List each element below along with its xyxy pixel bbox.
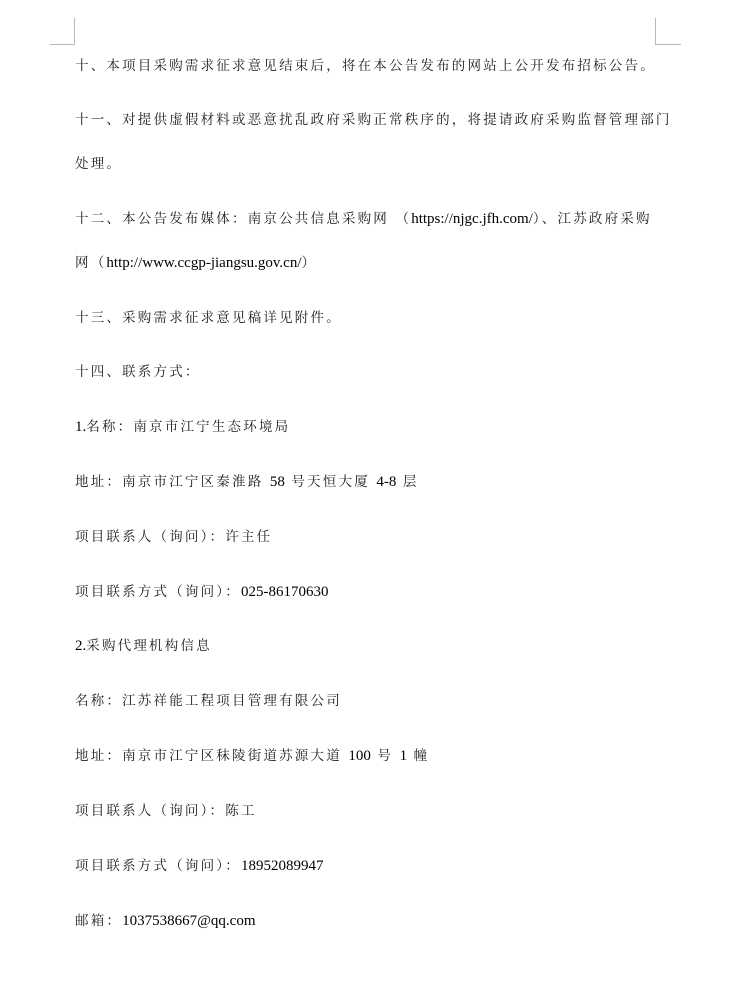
agency-heading-number: 2. — [75, 638, 86, 654]
paragraph-13: 十三、采购需求征求意见稿详见附件。 — [75, 309, 342, 327]
buyer-phone-label: 项目联系方式（询问）： — [75, 584, 241, 600]
agency-phone-value: 18952089947 — [241, 858, 324, 874]
buyer-heading-number: 1. — [75, 419, 86, 435]
agency-address-mid: 号 — [371, 748, 400, 764]
paragraph-12-line1: 十二、本公告发布媒体：南京公共信息采购网 （https://njgc.jfh.c… — [75, 210, 652, 228]
buyer-address-floors: 4-8 — [376, 474, 396, 490]
paragraph-12-line2: 网（http://www.ccgp-jiangsu.gov.cn/） — [75, 254, 317, 272]
paragraph-12-prefix: 十二、本公告发布媒体：南京公共信息采购网 （ — [75, 211, 411, 227]
ccgp-jiangsu-website-link[interactable]: http://www.ccgp-jiangsu.gov.cn/ — [106, 255, 301, 271]
paragraph-11-line1: 十一、对提供虚假材料或恶意扰乱政府采购正常秩序的，将提请政府采购监督管理部门 — [75, 111, 672, 129]
agency-heading-text: 采购代理机构信息 — [86, 638, 212, 654]
buyer-address: 地址：南京市江宁区秦淮路 58 号天恒大厦 4-8 层 — [75, 473, 419, 491]
buyer-address-label: 地址：南京市江宁区秦淮路 — [75, 474, 270, 490]
paragraph-12-suffix: ）、江苏政府采购 — [533, 211, 652, 227]
paragraph-14: 十四、联系方式： — [75, 363, 201, 381]
buyer-address-building: 号天恒大厦 — [285, 474, 376, 490]
paragraph-10: 十、本项目采购需求征求意见结束后，将在本公告发布的网站上公开发布招标公告。 — [75, 57, 656, 75]
buyer-contact-phone: 项目联系方式（询问）：025-86170630 — [75, 583, 328, 601]
agency-address-number: 100 — [348, 748, 371, 764]
buyer-address-number: 58 — [270, 474, 285, 490]
agency-contact-person: 项目联系人（询问）：陈工 — [75, 802, 257, 820]
paragraph-12b-prefix: 网（ — [75, 255, 106, 271]
agency-heading: 2.采购代理机构信息 — [75, 637, 212, 655]
agency-address-label: 地址：南京市江宁区秣陵街道苏源大道 — [75, 748, 348, 764]
njgc-website-link[interactable]: https://njgc.jfh.com/ — [411, 211, 533, 227]
agency-address: 地址：南京市江宁区秣陵街道苏源大道 100 号 1 幢 — [75, 747, 429, 765]
agency-name: 名称：江苏祥能工程项目管理有限公司 — [75, 692, 342, 710]
buyer-name: 1.名称：南京市江宁生态环境局 — [75, 418, 290, 436]
agency-phone-label: 项目联系方式（询问）： — [75, 858, 241, 874]
agency-address-building: 1 — [400, 748, 408, 764]
agency-email-value[interactable]: 1037538667@qq.com — [122, 913, 255, 929]
page-corner-mark-top-left — [50, 18, 75, 45]
agency-address-end: 幢 — [407, 748, 429, 764]
buyer-address-end: 层 — [396, 474, 418, 490]
buyer-phone-value: 025-86170630 — [241, 584, 329, 600]
paragraph-12b-suffix: ） — [302, 255, 318, 271]
paragraph-11-line2: 处理。 — [75, 155, 122, 173]
page-corner-mark-top-right — [655, 18, 681, 45]
agency-email-label: 邮箱： — [75, 913, 122, 929]
buyer-contact-person: 项目联系人（询问）：许主任 — [75, 528, 272, 546]
agency-email: 邮箱：1037538667@qq.com — [75, 912, 256, 930]
agency-contact-phone: 项目联系方式（询问）：18952089947 — [75, 857, 323, 875]
buyer-name-text: 名称：南京市江宁生态环境局 — [86, 419, 290, 435]
